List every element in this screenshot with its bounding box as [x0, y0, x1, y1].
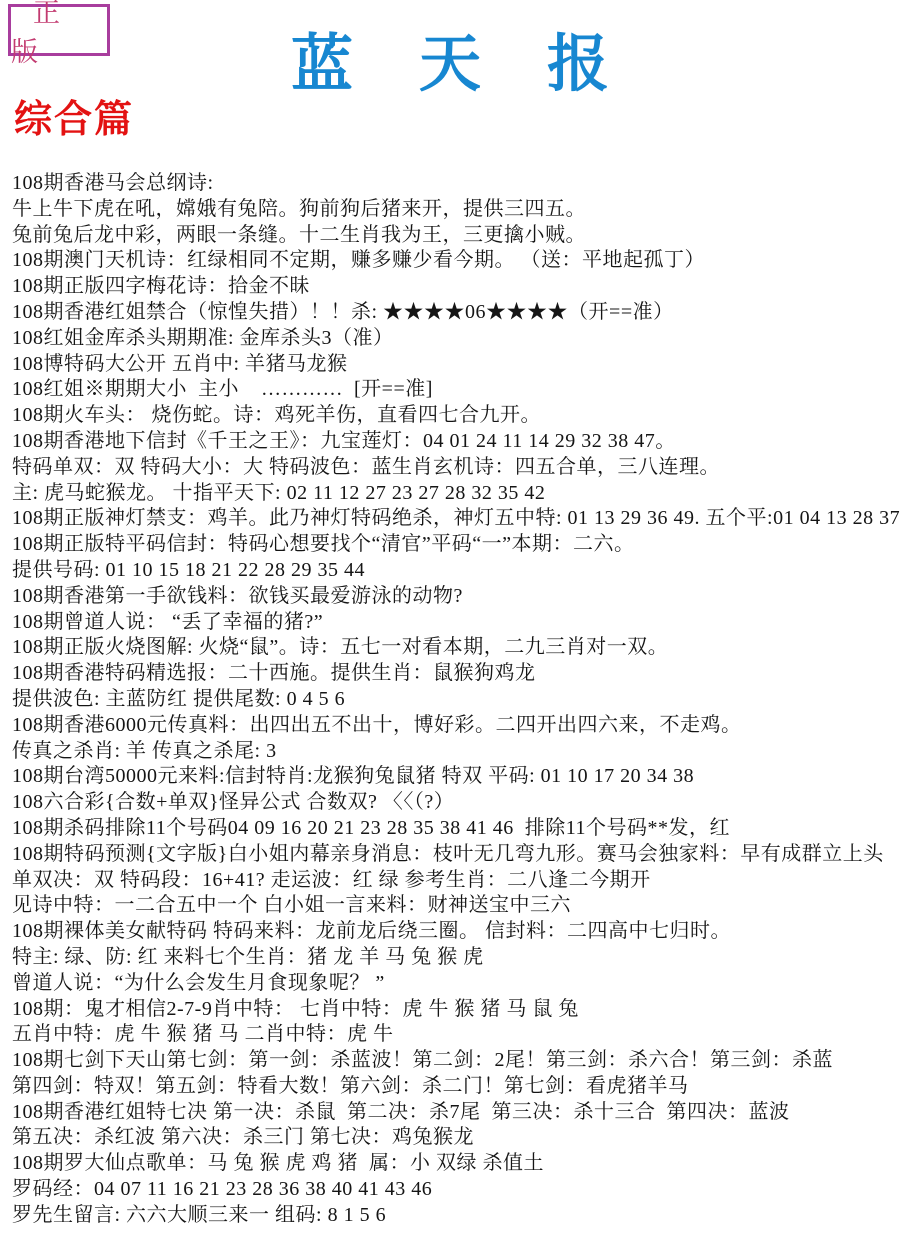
text-line: 108红姐金库杀头期期准: 金库杀头3（准）: [12, 326, 900, 352]
text-line: 108期香港马会总纲诗:: [12, 171, 900, 197]
text-line: 108期香港地下信封《千王之王》：九宝莲灯：04 01 24 11 14 29 …: [12, 429, 900, 455]
body-text: 108期香港马会总纲诗:牛上牛下虎在吼，嫦娥有兔陪。狗前狗后猪来开，提供三四五。…: [12, 171, 900, 1229]
text-line: 特码单双：双 特码大小：大 特码波色：蓝生肖玄机诗：四五合单，三八连理。: [12, 455, 900, 481]
text-line: 108期罗大仙点歌单：马 兔 猴 虎 鸡 猪 属：小 双绿 杀值土: [12, 1151, 900, 1177]
text-line: 108期特码预测{文字版}白小姐内幕亲身消息：枝叶无几弯九形。赛马会独家料：早有…: [12, 842, 900, 868]
text-line: 108红姐※期期大小 主小 ………… [开==准]: [12, 377, 900, 403]
text-line: 第五决：杀红波 第六决：杀三门 第七决：鸡兔猴龙: [12, 1125, 900, 1151]
text-line: 108期正版四字梅花诗：拾金不昧: [12, 274, 900, 300]
text-line: 罗先生留言: 六六大顺三来一 组码: 8 1 5 6: [12, 1203, 900, 1229]
text-line: 牛上牛下虎在吼，嫦娥有兔陪。狗前狗后猪来开，提供三四五。: [12, 197, 900, 223]
text-line: 108期裸体美女献特码 特码来料：龙前龙后绕三圈。 信封料：二四高中七归时。: [12, 919, 900, 945]
text-line: 108期香港特码精选报：二十西施。提供生肖：鼠猴狗鸡龙: [12, 661, 900, 687]
text-line: 108期正版神灯禁支：鸡羊。此乃神灯特码绝杀，神灯五中特: 01 13 29 3…: [12, 506, 900, 532]
section-heading: 综合篇: [14, 88, 134, 143]
text-line: 主: 虎马蛇猴龙。 十指平天下: 02 11 12 27 23 27 28 32…: [12, 481, 900, 507]
text-line: 传真之杀肖: 羊 传真之杀尾: 3: [12, 739, 900, 765]
text-line: 108期七剑下天山第七剑：第一剑：杀蓝波！第二剑：2尾！第三剑：杀六合！第三剑：…: [12, 1048, 900, 1074]
text-line: 108期香港红姐特七决 第一决：杀鼠 第二决：杀7尾 第三决：杀十三合 第四决：…: [12, 1100, 900, 1126]
text-line: 提供波色: 主蓝防红 提供尾数: 0 4 5 6: [12, 687, 900, 713]
text-line: 108期：鬼才相信2-7-9肖中特： 七肖中特：虎 牛 猴 猪 马 鼠 兔: [12, 997, 900, 1023]
report-page: 正 版 蓝天报 综合篇 108期香港马会总纲诗:牛上牛下虎在吼，嫦娥有兔陪。狗前…: [0, 0, 900, 1243]
text-line: 108期杀码排除11个号码04 09 16 20 21 23 28 35 38 …: [12, 816, 900, 842]
text-line: 108期正版火烧图解: 火烧“鼠”。诗：五七一对看本期，二九三肖对一双。: [12, 635, 900, 661]
text-line: 108期香港6000元传真料：出四出五不出十，博好彩。二四开出四六来，不走鸡。: [12, 713, 900, 739]
text-line: 见诗中特：一二合五中一个 白小姐一言来料：财神送宝中三六: [12, 893, 900, 919]
text-line: 108期澳门天机诗：红绿相同不定期，赚多赚少看今期。 （送：平地起孤丁）: [12, 248, 900, 274]
text-line: 108期曾道人说： “丢了幸福的猪?”: [12, 610, 900, 636]
text-line: 罗码经：04 07 11 16 21 23 28 36 38 40 41 43 …: [12, 1177, 900, 1203]
text-line: 108期香港红姐禁合（惊惶失措）！！杀: ★★★★06★★★★（开==准）: [12, 300, 900, 326]
text-line: 108期香港第一手欲钱料：欲钱买最爱游泳的动物?: [12, 584, 900, 610]
text-line: 单双决：双 特码段：16+41? 走运波：红 绿 参考生肖：二八逢二今期开: [12, 868, 900, 894]
text-line: 曾道人说：“为什么会发生月食现象呢？ ”: [12, 971, 900, 997]
text-line: 108博特码大公开 五肖中: 羊猪马龙猴: [12, 352, 900, 378]
text-line: 特主: 绿、防: 红 来料七个生肖：猪 龙 羊 马 兔 猴 虎: [12, 945, 900, 971]
text-line: 兔前兔后龙中彩，两眼一条缝。十二生肖我为王，三更擒小贼。: [12, 223, 900, 249]
text-line: 108六合彩{合数+单双}怪异公式 合数双? 〈〈（?）: [12, 790, 900, 816]
text-line: 108期正版特平码信封：特码心想要找个“清官”平码“一”本期：二六。: [12, 532, 900, 558]
text-line: 108期台湾50000元来料:信封特肖:龙猴狗兔鼠猪 特双 平码: 01 10 …: [12, 764, 900, 790]
paper-title: 蓝天报: [0, 14, 900, 103]
text-line: 提供号码: 01 10 15 18 21 22 28 29 35 44: [12, 558, 900, 584]
text-line: 第四剑：特双！第五剑：特看大数！第六剑：杀二门！第七剑：看虎猪羊马: [12, 1074, 900, 1100]
text-line: 108期火车头： 烧伤蛇。诗：鸡死羊伤，直看四七合九开。: [12, 403, 900, 429]
text-line: 五肖中特：虎 牛 猴 猪 马 二肖中特：虎 牛: [12, 1022, 900, 1048]
